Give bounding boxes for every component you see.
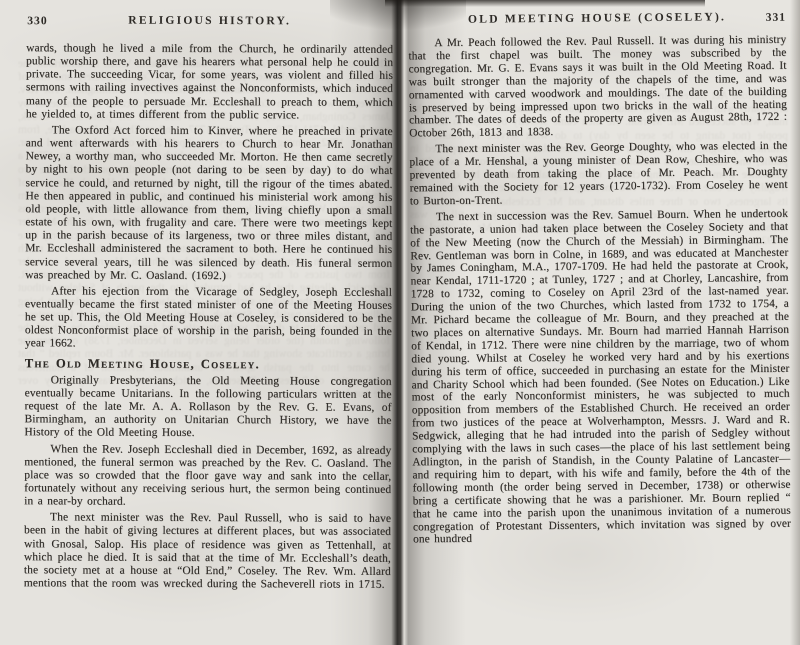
left-page: The next in succession was the Rev. Samu… bbox=[0, 0, 398, 645]
paragraph: The next in succession was the Rev. Samu… bbox=[410, 208, 791, 547]
page-number: 331 bbox=[766, 11, 787, 24]
book-spread: The next in succession was the Rev. Samu… bbox=[0, 0, 800, 645]
right-page: The Oxford Act forced him to Kinver, whe… bbox=[398, 0, 800, 645]
paragraph: When the Rev. Joseph Eccleshall died in … bbox=[24, 443, 391, 510]
left-page-header: 330 RELIGIOUS HISTORY. bbox=[26, 13, 393, 37]
paragraph: wards, though he lived a mile from the C… bbox=[26, 42, 393, 123]
paragraph: The next minister was the Rev. Paul Russ… bbox=[24, 512, 391, 593]
paragraph: The Oxford Act forced him to Kinver, whe… bbox=[25, 124, 393, 283]
paragraph: Originally Presbyterians, the Old Meetin… bbox=[24, 374, 391, 441]
paragraph: After his ejection from the Vicarage of … bbox=[25, 285, 392, 352]
section-heading: The Old Meeting House, Coseley. bbox=[25, 357, 392, 372]
paragraph: The next minister was the Rev. George Do… bbox=[409, 140, 788, 208]
running-header: OLD MEETING HOUSE (COSELEY). bbox=[408, 10, 786, 27]
right-page-header: OLD MEETING HOUSE (COSELEY). 331 bbox=[408, 10, 786, 36]
right-page-text: A Mr. Peach followed the Rev. Paul Russe… bbox=[408, 34, 791, 547]
left-page-text: wards, though he lived a mile from the C… bbox=[24, 42, 393, 592]
paragraph: A Mr. Peach followed the Rev. Paul Russe… bbox=[408, 34, 787, 141]
running-header: RELIGIOUS HISTORY. bbox=[26, 13, 393, 28]
page-number: 330 bbox=[27, 14, 47, 27]
